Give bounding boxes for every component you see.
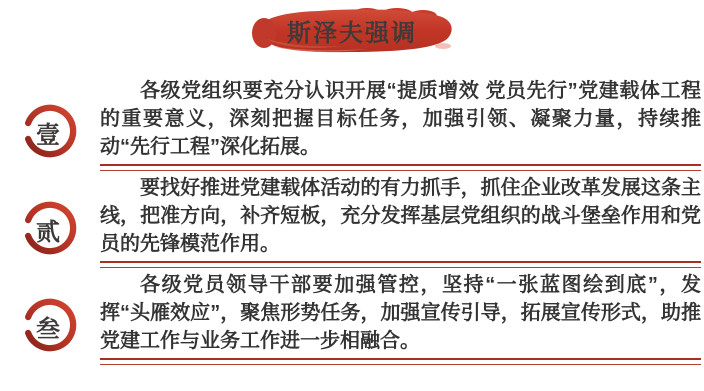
section-divider [100,358,701,365]
slide-page: { "banner": { "title": "斯泽夫强调" }, "secti… [0,0,704,391]
section-divider [100,164,701,171]
number-ring-two: 贰 [21,199,79,257]
headline-banner: 斯泽夫强调 [247,6,457,56]
banner-title: 斯泽夫强调 [247,6,457,56]
section-item-1: 壹 各级党组织要充分认识开展“提质增效 党员先行”党建载体工程的重要意义，深刻把… [0,77,704,171]
section-number: 叁 [21,296,79,354]
sections-list: 壹 各级党组织要充分认识开展“提质增效 党员先行”党建载体工程的重要意义，深刻把… [0,77,704,368]
section-text: 要找好推进党建载体活动的有力抓手，抓住企业改革发展这条主线，把准方向，补齐短板，… [100,174,701,258]
number-ring-three: 叁 [21,296,79,354]
section-divider [100,261,701,268]
section-number: 壹 [21,102,79,160]
section-text: 各级党组织要充分认识开展“提质增效 党员先行”党建载体工程的重要意义，深刻把握目… [100,77,701,161]
section-text: 各级党员领导干部要加强管控，坚持“一张蓝图绘到底”，发挥“头雁效应”，聚焦形势任… [100,271,701,355]
section-item-3: 叁 各级党员领导干部要加强管控，坚持“一张蓝图绘到底”，发挥“头雁效应”，聚焦形… [0,271,704,365]
section-number: 贰 [21,199,79,257]
number-ring-one: 壹 [21,102,79,160]
section-item-2: 贰 要找好推进党建载体活动的有力抓手，抓住企业改革发展这条主线，把准方向，补齐短… [0,174,704,268]
